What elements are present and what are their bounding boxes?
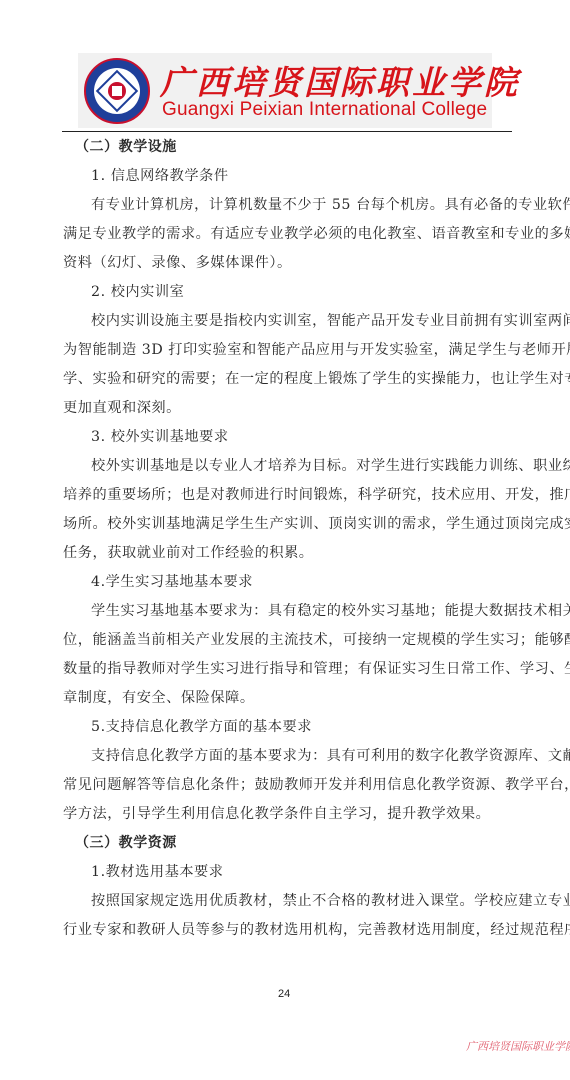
college-name-en: Guangxi Peixian International College — [162, 99, 487, 121]
page-number: 24 — [278, 988, 290, 1000]
paragraph-line: 更加直观和深刻。 — [63, 394, 513, 423]
paragraph-line: 有专业计算机房，计算机数量不少于 55 台每个机房。具有必备的专业软件，并能 — [63, 191, 513, 220]
paragraph-line: 学生实习基地基本要求为：具有稳定的校外实习基地；能提大数据技术相关实习岗 — [63, 597, 513, 626]
paragraph-line: 校内实训设施主要是指校内实训室，智能产品开发专业目前拥有实训室两间，分别 — [63, 307, 513, 336]
paragraph: 有专业计算机房，计算机数量不少于 55 台每个机房。具有必备的专业软件，并能满足… — [63, 191, 513, 278]
subsection-heading: 5.支持信息化教学方面的基本要求 — [63, 713, 513, 742]
paragraph-line: 数量的指导教师对学生实习进行指导和管理；有保证实习生日常工作、学习、生活的规 — [63, 655, 513, 684]
paragraph-line: 行业专家和教研人员等参与的教材选用机构，完善教材选用制度，经过规范程序择优选 — [63, 916, 513, 945]
header-divider — [62, 131, 512, 132]
header-banner: 广西培贤国际职业学院 Guangxi Peixian International… — [78, 53, 492, 128]
paragraph-line: 学、实验和研究的需要；在一定的程度上锻炼了学生的实操能力，也让学生对专业认识 — [63, 365, 513, 394]
paragraph-line: 为智能制造 3D 打印实验室和智能产品应用与开发实验室，满足学生与老师开展日常教 — [63, 336, 513, 365]
paragraph: 校外实训基地是以专业人才培养为目标。对学生进行实践能力训练、职业综合素质培养的重… — [63, 452, 513, 568]
paragraph-line: 按照国家规定选用优质教材，禁止不合格的教材进入课堂。学校应建立专业教师、 — [63, 887, 513, 916]
paragraph-line: 位，能涵盖当前相关产业发展的主流技术，可接纳一定规模的学生实习；能够配备相应 — [63, 626, 513, 655]
paragraph-line: 学方法，引导学生利用信息化教学条件自主学习，提升教学效果。 — [63, 800, 513, 829]
college-logo-icon — [84, 58, 150, 124]
paragraph-line: 章制度，有安全、保险保障。 — [63, 684, 513, 713]
footer-watermark: 广西培贤国际职业学院 — [466, 1038, 570, 1054]
section-heading: （三）教学资源 — [63, 829, 513, 858]
subsection-heading: 1. 信息网络教学条件 — [63, 162, 513, 191]
paragraph: 校内实训设施主要是指校内实训室，智能产品开发专业目前拥有实训室两间，分别为智能制… — [63, 307, 513, 423]
college-name-cn: 广西培贤国际职业学院 — [160, 57, 520, 104]
paragraph-line: 满足专业教学的需求。有适应专业教学必须的电化教室、语音教室和专业的多媒体教学 — [63, 220, 513, 249]
paragraph-line: 资料（幻灯、录像、多媒体课件）。 — [63, 249, 513, 278]
section-heading: （二）教学设施 — [63, 133, 513, 162]
paragraph-line: 支持信息化教学方面的基本要求为：具有可利用的数字化教学资源库、文献资料、 — [63, 742, 513, 771]
paragraph-line: 培养的重要场所；也是对教师进行时间锻炼，科学研究，技术应用、开发，推广的重要 — [63, 481, 513, 510]
paragraph-line: 场所。校外实训基地满足学生生产实训、顶岗实训的需求，学生通过顶岗完成实际工作 — [63, 510, 513, 539]
document-body: （二）教学设施1. 信息网络教学条件有专业计算机房，计算机数量不少于 55 台每… — [63, 133, 513, 945]
subsection-heading: 4.学生实习基地基本要求 — [63, 568, 513, 597]
paragraph-line: 校外实训基地是以专业人才培养为目标。对学生进行实践能力训练、职业综合素质 — [63, 452, 513, 481]
paragraph: 学生实习基地基本要求为：具有稳定的校外实习基地；能提大数据技术相关实习岗位，能涵… — [63, 597, 513, 713]
subsection-heading: 2. 校内实训室 — [63, 278, 513, 307]
paragraph: 支持信息化教学方面的基本要求为：具有可利用的数字化教学资源库、文献资料、常见问题… — [63, 742, 513, 829]
paragraph: 按照国家规定选用优质教材，禁止不合格的教材进入课堂。学校应建立专业教师、行业专家… — [63, 887, 513, 945]
paragraph-line: 常见问题解答等信息化条件；鼓励教师开发并利用信息化教学资源、教学平台，创新教 — [63, 771, 513, 800]
paragraph-line: 任务，获取就业前对工作经验的积累。 — [63, 539, 513, 568]
subsection-heading: 3. 校外实训基地要求 — [63, 423, 513, 452]
subsection-heading: 1.教材选用基本要求 — [63, 858, 513, 887]
